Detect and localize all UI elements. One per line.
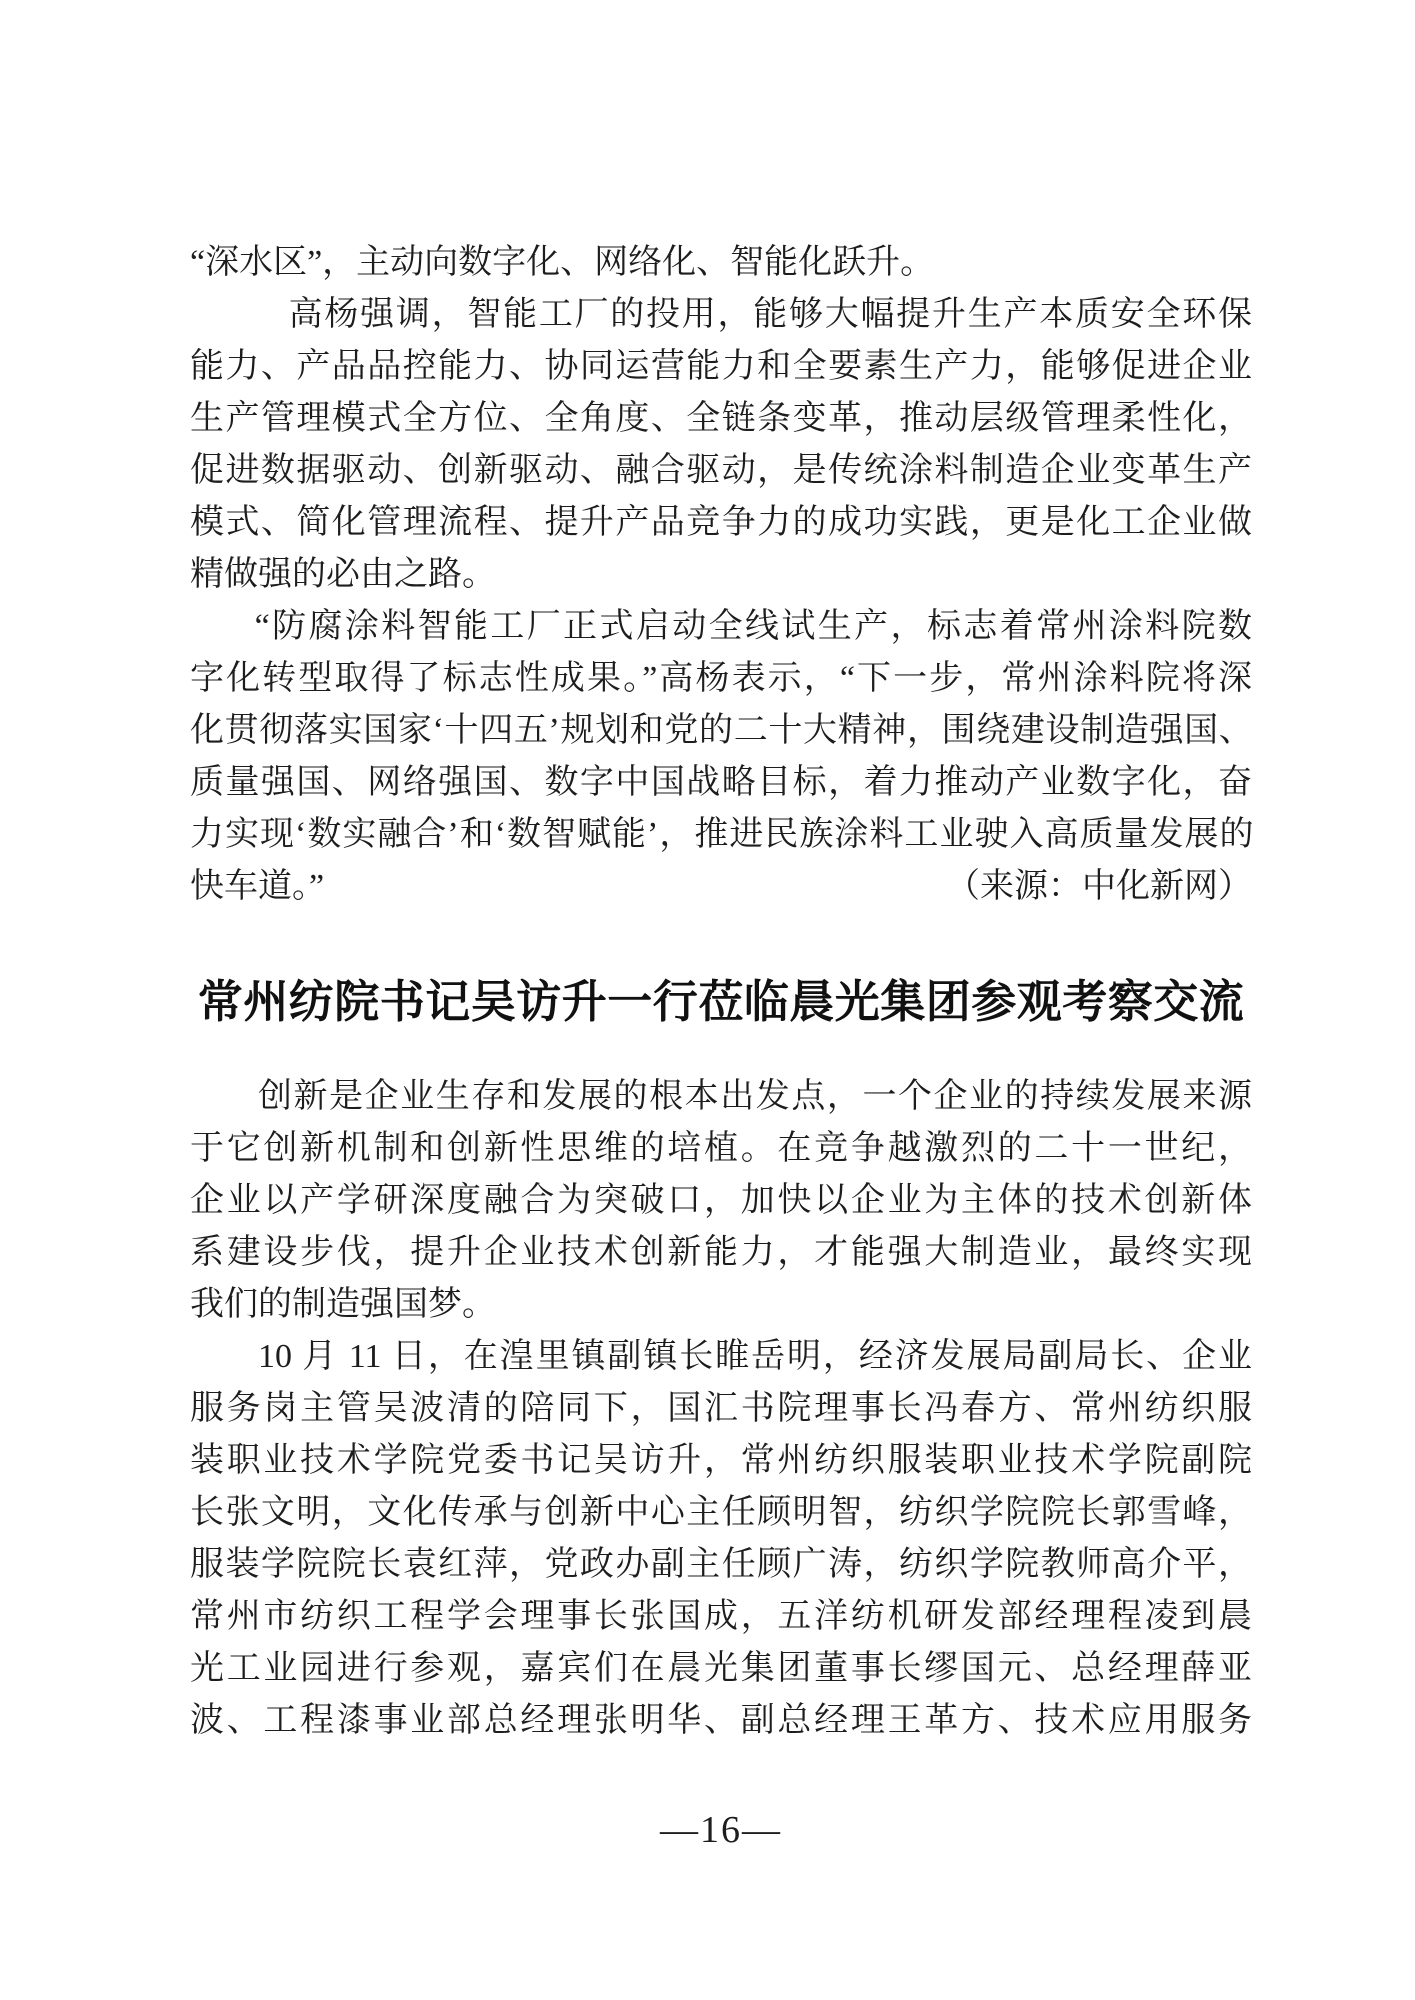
- text-line: 企业以产学研深度融合为突破口，加快以企业为主体的技术创新体: [190, 1175, 1252, 1227]
- article-smart-factory: “深水区”，主动向数字化、网络化、智能化跃升。 高杨强调，智能工厂的投用，能够大…: [190, 237, 1252, 913]
- text-line: 波、工程漆事业部总经理张明华、副总经理王革方、技术应用服务: [190, 1695, 1252, 1747]
- text-line: 精做强的必由之路。: [190, 549, 1252, 601]
- source-attribution: （来源：中化新网）: [946, 861, 1252, 913]
- text-line: 字化转型取得了标志性成果。”高杨表示，“下一步，常州涂料院将深: [190, 653, 1252, 705]
- text-line-with-source: 快车道。” （来源：中化新网）: [190, 861, 1252, 913]
- text-line: 创新是企业生存和发展的根本出发点，一个企业的持续发展来源: [190, 1071, 1252, 1123]
- text-line: “深水区”，主动向数字化、网络化、智能化跃升。: [190, 237, 1252, 289]
- text-line: 力实现‘数实融合’和‘数智赋能’，推进民族涂料工业驶入高质量发展的: [190, 809, 1252, 861]
- text-line: 装职业技术学院党委书记吴访升，常州纺织服装职业技术学院副院: [190, 1435, 1252, 1487]
- text-line: 10 月 11 日，在湟里镇副镇长睢岳明，经济发展局副局长、企业: [190, 1331, 1252, 1383]
- article-heading: 常州纺院书记吴访升一行莅临晨光集团参观考察交流: [190, 971, 1252, 1033]
- text-line: 服务岗主管吴波清的陪同下，国汇书院理事长冯春方、常州纺织服: [190, 1383, 1252, 1435]
- text-line: 光工业园进行参观，嘉宾们在晨光集团董事长缪国元、总经理薛亚: [190, 1643, 1252, 1695]
- article-visit: 常州纺院书记吴访升一行莅临晨光集团参观考察交流 创新是企业生存和发展的根本出发点…: [190, 971, 1252, 1747]
- text-line: “防腐涂料智能工厂正式启动全线试生产，标志着常州涂料院数: [190, 601, 1252, 653]
- text-line: 生产管理模式全方位、全角度、全链条变革，推动层级管理柔性化，: [190, 393, 1252, 445]
- paragraph-continuation: “深水区”，主动向数字化、网络化、智能化跃升。: [190, 237, 1252, 289]
- text-line: 长张文明，文化传承与创新中心主任顾明智，纺织学院院长郭雪峰，: [190, 1487, 1252, 1539]
- text-line: 化贯彻落实国家‘十四五’规划和党的二十大精神，围绕建设制造强国、: [190, 705, 1252, 757]
- text-line: 能力、产品品控能力、协同运营能力和全要素生产力，能够促进企业: [190, 341, 1252, 393]
- paragraph-visit-details: 10 月 11 日，在湟里镇副镇长睢岳明，经济发展局副局长、企业 服务岗主管吴波…: [190, 1331, 1252, 1747]
- text-line: 模式、简化管理流程、提升产品竞争力的成功实践，更是化工企业做: [190, 497, 1252, 549]
- text-line: 促进数据驱动、创新驱动、融合驱动，是传统涂料制造企业变革生产: [190, 445, 1252, 497]
- quote-end-text: 快车道。”: [190, 861, 324, 913]
- paragraph-gaoyang-remarks: 高杨强调，智能工厂的投用，能够大幅提升生产本质安全环保 能力、产品品控能力、协同…: [190, 289, 1252, 601]
- text-line: 系建设步伐，提升企业技术创新能力，才能强大制造业，最终实现: [190, 1227, 1252, 1279]
- text-line: 服装学院院长袁红萍，党政办副主任顾广涛，纺织学院教师高介平，: [190, 1539, 1252, 1591]
- text-line: 高杨强调，智能工厂的投用，能够大幅提升生产本质安全环保: [190, 289, 1252, 341]
- paragraph-quote: “防腐涂料智能工厂正式启动全线试生产，标志着常州涂料院数 字化转型取得了标志性成…: [190, 601, 1252, 913]
- document-page: “深水区”，主动向数字化、网络化、智能化跃升。 高杨强调，智能工厂的投用，能够大…: [0, 0, 1415, 2000]
- text-line: 我们的制造强国梦。: [190, 1279, 1252, 1331]
- text-line: 质量强国、网络强国、数字中国战略目标，着力推动产业数字化，奋: [190, 757, 1252, 809]
- page-number: —16—: [190, 1807, 1252, 1853]
- paragraph-innovation: 创新是企业生存和发展的根本出发点，一个企业的持续发展来源 于它创新机制和创新性思…: [190, 1071, 1252, 1331]
- text-line: 于它创新机制和创新性思维的培植。在竞争越激烈的二十一世纪，: [190, 1123, 1252, 1175]
- text-line: 常州市纺织工程学会理事长张国成，五洋纺机研发部经理程凌到晨: [190, 1591, 1252, 1643]
